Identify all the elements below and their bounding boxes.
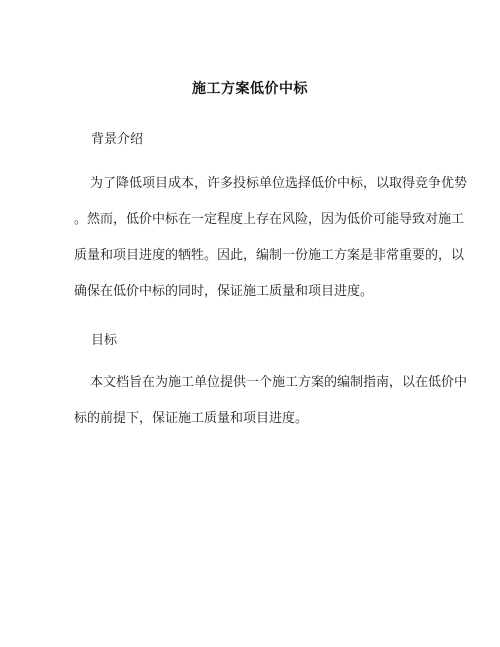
paragraph-line: 为了降低项目成本，许多投标单位选择低价中标，以取得竞争优势 xyxy=(74,166,430,202)
paragraph-goal: 本文档旨在为施工单位提供一个施工方案的编制指南，以在低价中 标的前提下，保证施工… xyxy=(74,365,430,437)
section-heading-background: 背景介绍 xyxy=(91,128,143,147)
paragraph-line: 质量和项目进度的牺牲。因此，编制一份施工方案是非常重要的，以 xyxy=(74,238,430,274)
paragraph-line: 。然而，低价中标在一定程度上存在风险，因为低价可能导致对施工 xyxy=(74,202,430,238)
document-page: 施工方案低价中标 背景介绍 为了降低项目成本，许多投标单位选择低价中标，以取得竞… xyxy=(0,0,500,647)
paragraph-line: 标的前提下，保证施工质量和项目进度。 xyxy=(74,401,430,437)
section-heading-goal: 目标 xyxy=(91,329,117,348)
paragraph-background: 为了降低项目成本，许多投标单位选择低价中标，以取得竞争优势 。然而，低价中标在一… xyxy=(74,166,430,310)
document-title: 施工方案低价中标 xyxy=(0,78,500,98)
paragraph-line: 确保在低价中标的同时，保证施工质量和项目进度。 xyxy=(74,274,430,310)
paragraph-line: 本文档旨在为施工单位提供一个施工方案的编制指南，以在低价中 xyxy=(74,365,430,401)
